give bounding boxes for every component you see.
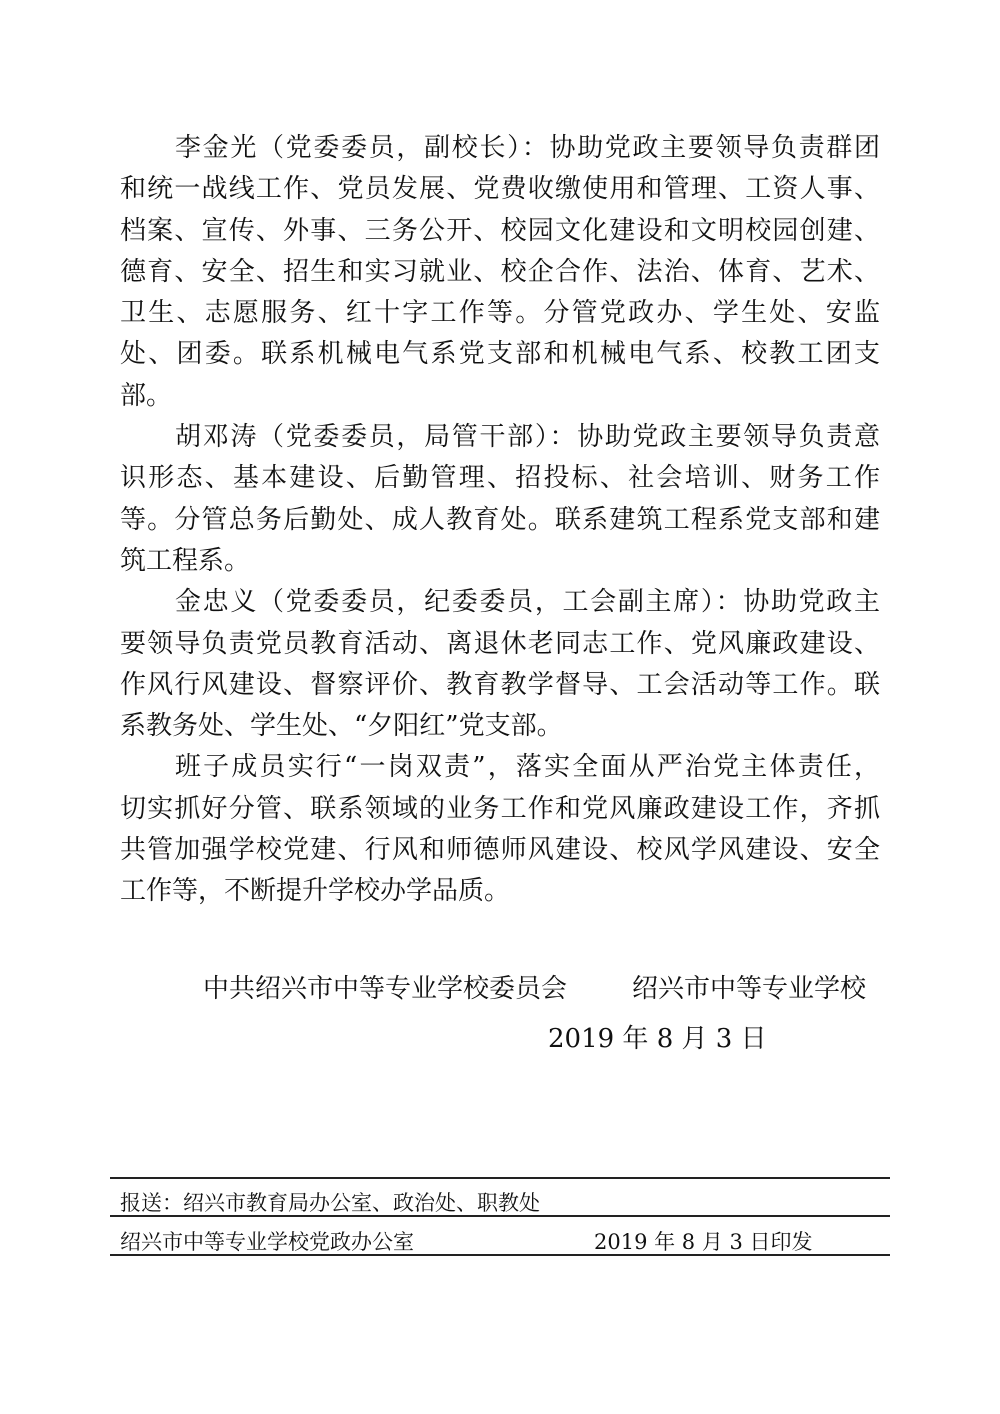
- footer-rule-bottom: [110, 1254, 890, 1256]
- paragraph-line: 要领导负责党员教育活动、离退休老同志工作、党风廉政建设、: [120, 624, 880, 665]
- paragraph-line: 部。: [120, 376, 880, 417]
- signature-date: 2019 年 8 月 3 日: [548, 1018, 767, 1055]
- paragraph-line: 等。分管总务后勤处、成人教育处。联系建筑工程系党支部和建: [120, 500, 880, 541]
- paragraph-line: 金忠义（党委委员，纪委委员，工会副主席）：协助党政主: [120, 582, 880, 623]
- paragraph-line: 班子成员实行“一岗双责”，落实全面从严治党主体责任，: [120, 747, 880, 788]
- paragraph-line: 工作等，不断提升学校办学品质。: [120, 871, 880, 912]
- issuing-office: 绍兴市中等专业学校党政办公室: [120, 1226, 414, 1256]
- paragraph-line: 卫生、志愿服务、红十字工作等。分管党政办、学生处、安监: [120, 293, 880, 334]
- paragraph-line: 识形态、基本建设、后勤管理、招投标、社会培训、财务工作: [120, 458, 880, 499]
- footer-rule-top: [110, 1177, 890, 1179]
- paragraph-line: 胡邓涛（党委委员，局管干部）：协助党政主要领导负责意: [120, 417, 880, 458]
- paragraph-line: 共管加强学校党建、行风和师德师风建设、校风学风建设、安全: [120, 830, 880, 871]
- paragraph-line: 李金光（党委委员，副校长）：协助党政主要领导负责群团: [120, 128, 880, 169]
- paragraph-line: 德育、安全、招生和实习就业、校企合作、法治、体育、艺术、: [120, 252, 880, 293]
- paragraph-line: 筑工程系。: [120, 541, 880, 582]
- paragraph-line: 系教务处、学生处、“夕阳红”党支部。: [120, 706, 880, 747]
- paragraph-line: 档案、宣传、外事、三务公开、校园文化建设和文明校园创建、: [120, 211, 880, 252]
- signature-party-committee: 中共绍兴市中等专业学校委员会: [203, 968, 567, 1005]
- footer-rule-middle: [110, 1215, 890, 1217]
- paragraph-line: 切实抓好分管、联系领域的业务工作和党风廉政建设工作，齐抓: [120, 789, 880, 830]
- paragraph-line: 处、团委。联系机械电气系党支部和机械电气系、校教工团支: [120, 334, 880, 375]
- print-date: 2019 年 8 月 3 日印发: [594, 1226, 813, 1256]
- signature-school: 绍兴市中等专业学校: [632, 968, 866, 1005]
- document-body: 李金光（党委委员，副校长）：协助党政主要领导负责群团 和统一战线工作、党员发展、…: [120, 128, 880, 913]
- distribution-list: 报送：绍兴市教育局办公室、政治处、职教处: [120, 1187, 540, 1217]
- paragraph-line: 作风行风建设、督察评价、教育教学督导、工会活动等工作。联: [120, 665, 880, 706]
- paragraph-line: 和统一战线工作、党员发展、党费收缴使用和管理、工资人事、: [120, 169, 880, 210]
